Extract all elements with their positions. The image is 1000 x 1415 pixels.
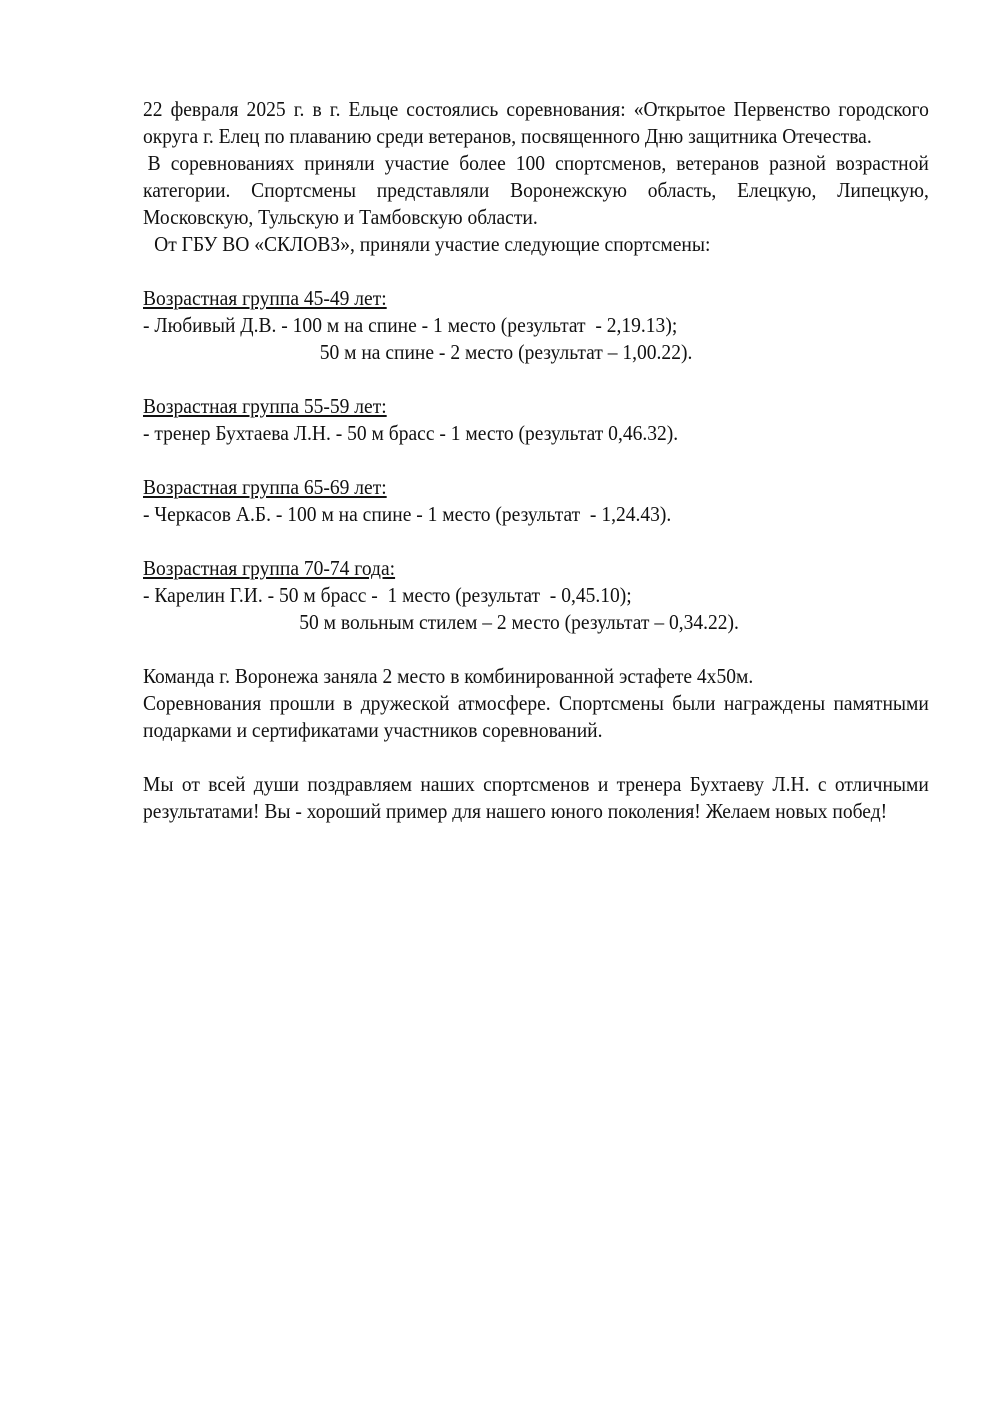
- spacer: [143, 636, 929, 663]
- age-group-title: Возрастная группа 55-59 лет:: [143, 393, 929, 420]
- age-group-title: Возрастная группа 45-49 лет:: [143, 285, 929, 312]
- intro-paragraph: 22 февраля 2025 г. в г. Ельце состоялись…: [143, 96, 929, 150]
- spacer: [143, 366, 929, 393]
- organization-paragraph: От ГБУ ВО «СКЛОВЗ», приняли участие след…: [143, 231, 929, 258]
- congratulations-paragraph: Мы от всей души поздравляем наших спортс…: [143, 771, 929, 825]
- result-entry-continuation: 50 м вольным стилем – 2 место (результат…: [143, 609, 929, 636]
- spacer: [143, 258, 929, 285]
- result-entry-continuation: 50 м на спине - 2 место (результат – 1,0…: [143, 339, 929, 366]
- spacer: [143, 744, 929, 771]
- atmosphere-paragraph: Соревнования прошли в дружеской атмосфер…: [143, 690, 929, 744]
- spacer: [143, 528, 929, 555]
- age-group-title: Возрастная группа 65-69 лет:: [143, 474, 929, 501]
- result-entry: - тренер Бухтаева Л.Н. - 50 м брасс - 1 …: [143, 420, 929, 447]
- result-entry: - Карелин Г.И. - 50 м брасс - 1 место (р…: [143, 582, 929, 609]
- result-entry: - Черкасов А.Б. - 100 м на спине - 1 мес…: [143, 501, 929, 528]
- spacer: [143, 447, 929, 474]
- result-entry: - Любивый Д.В. - 100 м на спине - 1 мест…: [143, 312, 929, 339]
- age-group-title: Возрастная группа 70-74 года:: [143, 555, 929, 582]
- document-page: 22 февраля 2025 г. в г. Ельце состоялись…: [143, 96, 929, 825]
- team-result-paragraph: Команда г. Воронежа заняла 2 место в ком…: [143, 663, 929, 690]
- participants-paragraph: В соревнованиях приняли участие более 10…: [143, 150, 929, 231]
